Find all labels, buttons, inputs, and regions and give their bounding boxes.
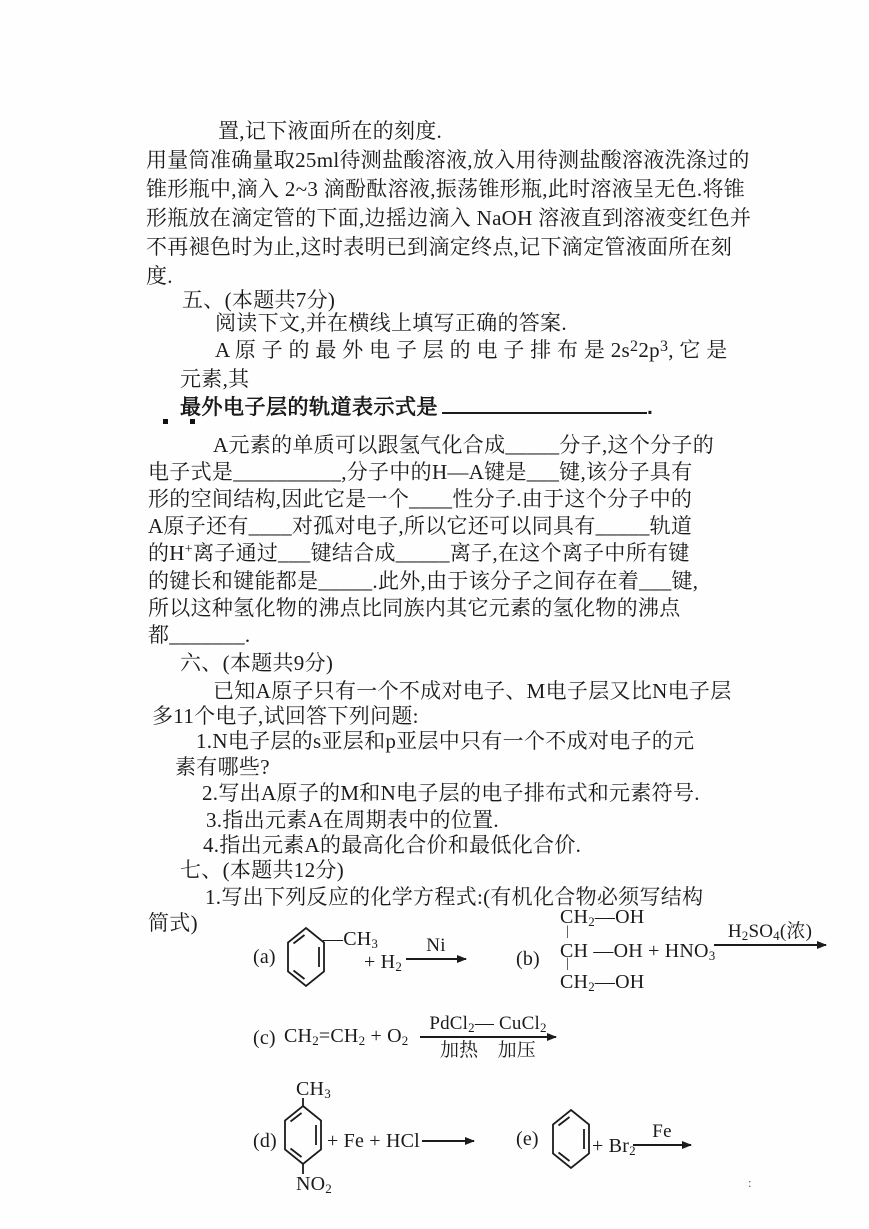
- catalyst-label: Ni: [418, 936, 453, 958]
- catalyst-label: Fe: [644, 1122, 679, 1144]
- electron-config-line: A 原 子 的 最 外 电 子 层 的 电 子 排 布 是 2s22p3, 它 …: [215, 337, 728, 364]
- scan-artifact-colon: :: [748, 1175, 752, 1191]
- paragraph-line: A原子还有____对孤对电子,所以它还可以同具有_____轨道: [148, 513, 692, 540]
- catalyst-label: H2SO4(浓): [720, 922, 820, 944]
- orbital-expression-line: 最外电子层的轨道表示式是.: [180, 392, 653, 421]
- reaction-a-label: (a): [253, 946, 276, 968]
- emphasis-dot: [163, 419, 168, 424]
- question-item: 1.N电子层的s亚层和p亚层中只有一个不成对电子的元: [196, 728, 694, 755]
- glycerol-top-row: CH2—OH: [560, 906, 644, 928]
- benzene-ring-icon: [286, 926, 326, 988]
- arrow-icon: [420, 1036, 556, 1038]
- reactant-br2: + Br2: [592, 1135, 636, 1157]
- reactants-fe-hcl: + Fe + HCl: [327, 1130, 420, 1152]
- nitro-group: NO2: [296, 1173, 332, 1195]
- reaction-arrow-ni: Ni: [406, 936, 466, 960]
- reaction-arrow-plain: [422, 1130, 474, 1142]
- question-item: 3.指出元素A在周期表中的位置.: [206, 807, 499, 834]
- paragraph-line: 简式): [148, 910, 198, 937]
- arrow-icon: [714, 944, 826, 946]
- document-page: 置,记下液面所在的刻度. 用量筒准确量取25ml待测盐酸溶液,放入用待测盐酸溶液…: [0, 0, 869, 1229]
- config-post: , 它 是: [668, 338, 727, 362]
- paragraph-line: 的键长和键能都是_____.此外,由于该分子之间存在着___键,: [148, 568, 698, 595]
- paragraph-line: 多11个电子,试回答下列问题:: [152, 703, 419, 730]
- ethylene-formula: CH2=CH2 + O2: [284, 1025, 409, 1047]
- bond-bar: |: [566, 925, 569, 939]
- hydrogen-ion-line: 的H+离子通过___键结合成_____离子,在这个离子中所有键: [148, 540, 690, 567]
- paragraph-line: 不再褪色时为止,这时表明已到滴定终点,记下滴定管液面所在刻: [146, 234, 732, 261]
- question-item: 2.写出A原子的M和N电子层的电子排布式和元素符号.: [202, 780, 700, 807]
- h-post: 离子通过___键结合成_____离子,在这个离子中所有键: [193, 541, 690, 565]
- paragraph-line: 都_______.: [148, 622, 250, 649]
- catalyst-label: PdCl2— CuCl2: [421, 1014, 554, 1036]
- methyl-group: CH3: [296, 1078, 331, 1100]
- paragraph-line: 所以这种氢化物的沸点比同族内其它元素的氢化物的沸点: [148, 595, 681, 622]
- paragraph-line: 锥形瓶中,滴入 2~3 滴酚酞溶液,振荡锥形瓶,此时溶液呈无色.将锥: [146, 176, 745, 203]
- config-mid: 2p: [638, 338, 660, 362]
- emphasis-dot: [190, 419, 195, 424]
- question-item: 4.指出元素A的最高化合价和最低化合价.: [203, 832, 581, 859]
- glycerol-mid-row: CH —OH + HNO3: [560, 940, 715, 962]
- paragraph-line: A元素的单质可以跟氢气化合成_____分子,这个分子的: [213, 432, 714, 459]
- reaction-arrow-h2so4: H2SO4(浓): [714, 922, 826, 946]
- reactant-h2: + H2: [364, 951, 402, 973]
- glycerol-bottom-row: CH2—OH: [560, 971, 644, 993]
- orbital-period: .: [647, 396, 653, 419]
- methyl-group: —CH3: [323, 928, 378, 950]
- reaction-c-label: (c): [253, 1027, 276, 1049]
- section6-heading: 六、(本题共9分): [180, 650, 333, 677]
- paragraph-line: 形的空间结构,因此它是一个____性分子.由于这个分子中的: [148, 486, 692, 513]
- orbital-text: 最外电子层的轨道表示式是: [180, 396, 438, 419]
- paragraph-line: 已知A原子只有一个不成对电子、M电子层又比N电子层: [213, 678, 732, 705]
- paragraph-line: 度.: [146, 263, 173, 290]
- paragraph-line: 置,记下液面所在的刻度.: [218, 118, 442, 145]
- config-pre: A 原 子 的 最 外 电 子 层 的 电 子 排 布 是 2s: [215, 338, 630, 362]
- arrow-icon: [633, 1144, 691, 1146]
- reaction-e-label: (e): [516, 1128, 539, 1150]
- benzene-ring-icon: [551, 1108, 591, 1170]
- bond-bar: |: [566, 957, 569, 971]
- section7-heading: 七、(本题共12分): [180, 857, 344, 884]
- paragraph-line: 元素,其: [180, 366, 249, 393]
- reaction-d-label: (d): [253, 1130, 277, 1152]
- paragraph-line: 电子式是__________,分子中的H—A键是___键,该分子具有: [148, 459, 693, 486]
- arrow-icon: [406, 958, 466, 960]
- section5-intro: 阅读下文,并在横线上填写正确的答案.: [215, 310, 567, 337]
- answer-blank-underline: [442, 392, 647, 414]
- reaction-arrow-pdcl2: PdCl2— CuCl2 加热 加压: [420, 1014, 556, 1061]
- paragraph-line: 素有哪些?: [175, 754, 270, 781]
- benzene-ring-icon: [283, 1098, 323, 1174]
- reaction-arrow-fe: Fe: [633, 1122, 691, 1146]
- condition-label: 加热 加压: [432, 1038, 544, 1061]
- h-pre: 的H: [148, 541, 185, 565]
- arrow-icon: [422, 1140, 474, 1142]
- reaction-b-label: (b): [516, 948, 540, 970]
- paragraph-line: 用量筒准确量取25ml待测盐酸溶液,放入用待测盐酸溶液洗涤过的: [146, 147, 750, 174]
- paragraph-line: 形瓶放在滴定管的下面,边摇边滴入 NaOH 溶液直到溶液变红色并: [146, 205, 751, 232]
- h-plus-sup: +: [185, 542, 193, 557]
